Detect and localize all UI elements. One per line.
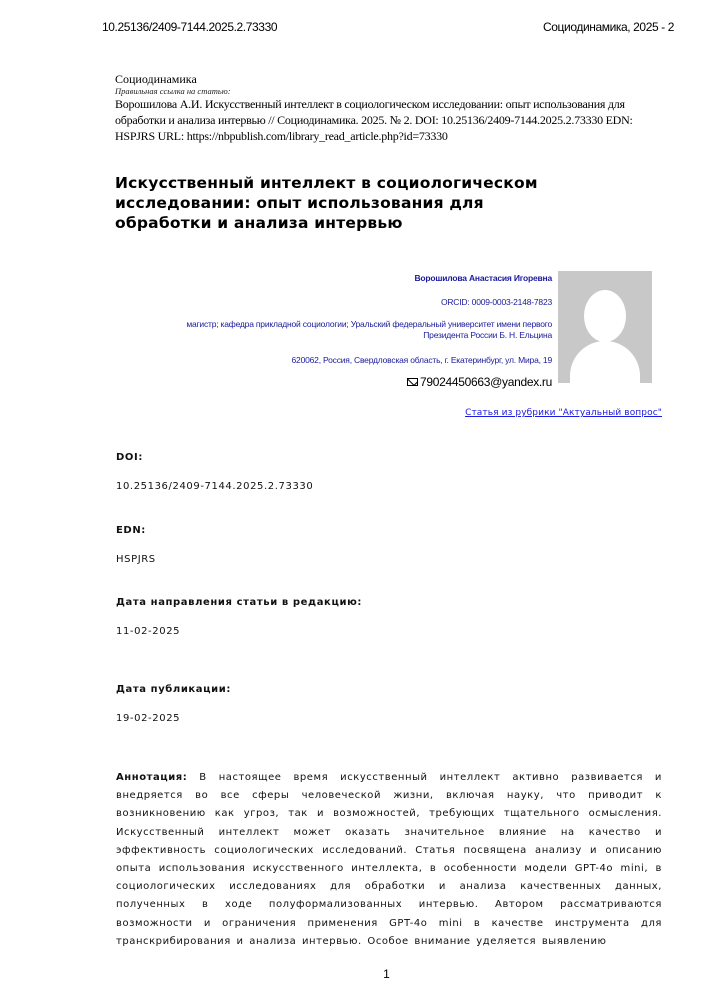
- rubric-link[interactable]: Статья из рубрики "Актуальный вопрос": [465, 408, 662, 418]
- author-address: 620062, Россия, Свердловская область, г.…: [140, 354, 552, 366]
- avatar-head-shape: [584, 290, 626, 342]
- citation-journal: Социодинамика: [115, 72, 660, 86]
- page-number: 1: [0, 967, 709, 981]
- mail-icon: [407, 378, 418, 386]
- citation-text: Ворошилова А.И. Искусственный интеллект …: [115, 96, 660, 144]
- doi-value: 10.25136/2409-7144.2025.2.73330: [116, 481, 313, 492]
- avatar-placeholder-icon: [558, 271, 652, 383]
- header-journal-issue: Социодинамика, 2025 - 2: [543, 20, 674, 34]
- published-date-label: Дата публикации:: [116, 684, 231, 695]
- abstract: Аннотация: В настоящее время искусственн…: [116, 769, 662, 951]
- article-title: Искусственный интеллект в социологическо…: [115, 173, 585, 233]
- submitted-date-label: Дата направления статьи в редакцию:: [116, 597, 362, 608]
- author-email[interactable]: 79024450663@yandex.ru: [140, 375, 552, 389]
- avatar-body-shape: [570, 341, 640, 383]
- citation-label: Правильная ссылка на статью:: [115, 86, 660, 96]
- edn-label: EDN:: [116, 525, 146, 536]
- citation-block: Социодинамика Правильная ссылка на стать…: [115, 72, 660, 144]
- author-info: Ворошилова Анастасия Игоревна ORCID: 000…: [140, 272, 552, 389]
- submitted-date-value: 11-02-2025: [116, 626, 180, 637]
- doi-label: DOI:: [116, 452, 143, 463]
- author-affiliation: магистр; кафедра прикладной социологии; …: [140, 319, 552, 341]
- author-orcid[interactable]: ORCID: 0009-0003-2148-7823: [140, 296, 552, 308]
- edn-value: HSPJRS: [116, 554, 156, 565]
- header-doi: 10.25136/2409-7144.2025.2.73330: [102, 20, 277, 34]
- abstract-text: В настоящее время искусственный интеллек…: [116, 772, 662, 947]
- author-name[interactable]: Ворошилова Анастасия Игоревна: [140, 272, 552, 284]
- published-date-value: 19-02-2025: [116, 713, 180, 724]
- abstract-label: Аннотация:: [116, 772, 187, 783]
- author-email-text[interactable]: 79024450663@yandex.ru: [420, 375, 552, 389]
